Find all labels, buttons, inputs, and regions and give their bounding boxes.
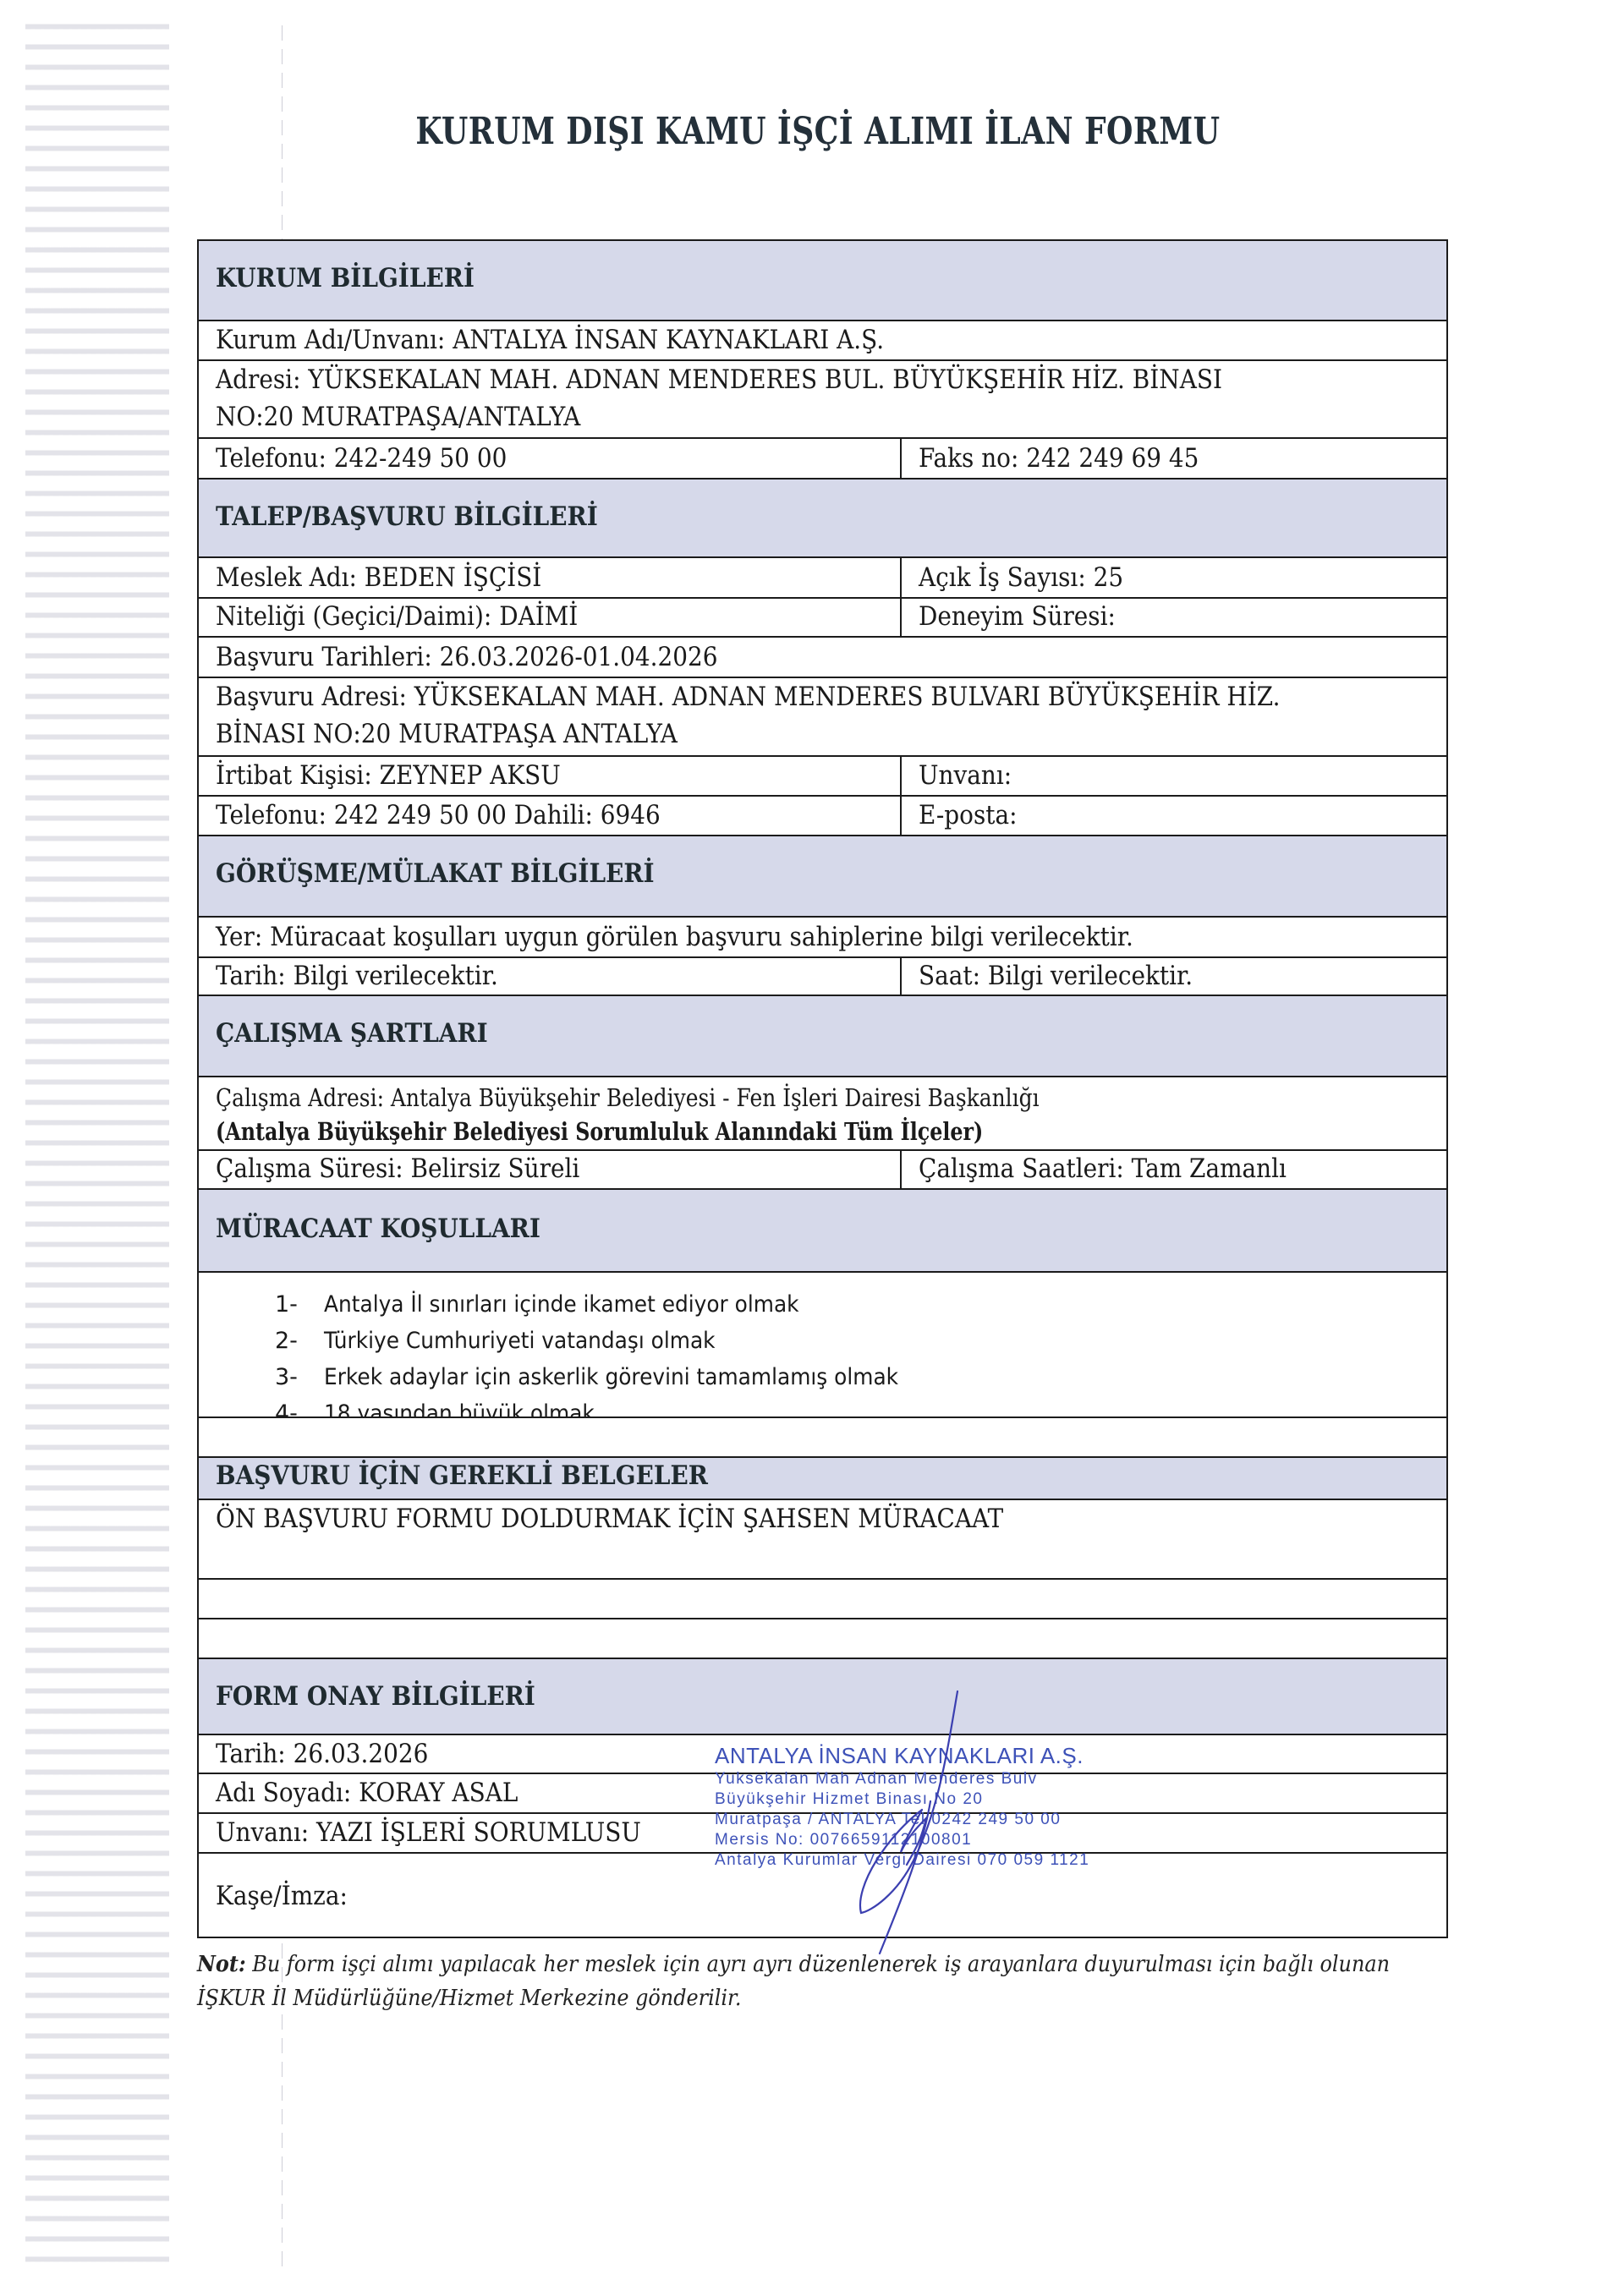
section-header-kurum: KURUM BİLGİLERİ (197, 239, 1448, 320)
requirements-list: 1-Antalya İl sınırları içinde ikamet edi… (275, 1286, 948, 1432)
section-title: FORM ONAY BİLGİLERİ (216, 1681, 535, 1712)
section-header-talep: TALEP/BAŞVURU BİLGİLERİ (197, 478, 1448, 556)
irtibat-telefon-field: Telefonu: 242 249 50 00 Dahili: 6946 (216, 797, 661, 834)
section-header-muracaat: MÜRACAAT KOŞULLARI (197, 1188, 1448, 1271)
list-item: 3-Erkek adaylar için askerlik görevini t… (275, 1359, 948, 1395)
row-calisma-adresi: Çalışma Adresi: Antalya Büyükşehir Beled… (197, 1076, 1448, 1149)
section-header-calisma: ÇALIŞMA ŞARTLARI (197, 995, 1448, 1076)
list-item: 2-Türkiye Cumhuriyeti vatandaşı olmak (275, 1323, 948, 1359)
row-irtibat-iletisim: Telefonu: 242 249 50 00 Dahili: 6946 E-p… (197, 795, 1448, 835)
row-belgeler-3 (197, 1618, 1448, 1658)
section-title: BAŞVURU İÇİN GEREKLİ BELGELER (216, 1460, 708, 1491)
kurum-faks-field: Faks no: 242 249 69 45 (919, 439, 1199, 478)
kase-imza-field: Kaşe/İmza: (216, 1854, 348, 1938)
irtibat-kisisi-field: İrtibat Kişisi: ZEYNEP AKSU (216, 757, 561, 794)
section-title: ÇALIŞMA ŞARTLARI (216, 1018, 488, 1049)
row-irtibat: İrtibat Kişisi: ZEYNEP AKSU Unvanı: (197, 755, 1448, 795)
note-text: Bu form işçi alımı yapılacak her meslek … (197, 1952, 1390, 2011)
row-meslek: Meslek Adı: BEDEN İŞÇİSİ Açık İş Sayısı:… (197, 556, 1448, 597)
irtibat-unvani-field: Unvanı: (919, 757, 1012, 794)
kurum-telefon-field: Telefonu: 242-249 50 00 (216, 439, 507, 478)
onay-unvani-field: Unvanı: YAZI İŞLERİ SORUMLUSU (216, 1814, 641, 1851)
meslek-adi-field: Meslek Adı: BEDEN İŞÇİSİ (216, 558, 541, 597)
row-nitelik: Niteliği (Geçici/Daimi): DAİMİ Deneyim S… (197, 597, 1448, 636)
calisma-adresi-line1: Çalışma Adresi: Antalya Büyükşehir Beled… (216, 1081, 1040, 1115)
basvuru-adresi-line2: BİNASI NO:20 MURATPAŞA ANTALYA (216, 715, 678, 753)
note-label: Not: (197, 1952, 246, 1977)
row-muracaat-list: 1-Antalya İl sınırları içinde ikamet edi… (197, 1271, 1448, 1417)
kurum-adres-line2: NO:20 MURATPAŞA/ANTALYA (216, 398, 580, 436)
row-kurum-iletisim: Telefonu: 242-249 50 00 Faks no: 242 249… (197, 437, 1448, 478)
row-belgeler-2 (197, 1578, 1448, 1618)
row-basvuru-tarihleri: Başvuru Tarihleri: 26.03.2026-01.04.2026 (197, 636, 1448, 677)
kurum-adi-field: Kurum Adı/Unvanı: ANTALYA İNSAN KAYNAKLA… (216, 321, 884, 359)
section-title: GÖRÜŞME/MÜLAKAT BİLGİLERİ (216, 858, 655, 889)
section-header-belgeler: BAŞVURU İÇİN GEREKLİ BELGELER (197, 1456, 1448, 1499)
row-basvuru-adresi: Başvuru Adresi: YÜKSEKALAN MAH. ADNAN ME… (197, 677, 1448, 755)
gorusme-yer-field: Yer: Müracaat koşulları uygun görülen ba… (216, 918, 1133, 956)
section-header-gorusme: GÖRÜŞME/MÜLAKAT BİLGİLERİ (197, 835, 1448, 916)
kurum-adres-line1: Adresi: YÜKSEKALAN MAH. ADNAN MENDERES B… (216, 361, 1222, 398)
section-title: KURUM BİLGİLERİ (216, 263, 475, 293)
onay-adi-soyadi-field: Adı Soyadı: KORAY ASAL (216, 1774, 518, 1811)
niteligi-field: Niteliği (Geçici/Daimi): DAİMİ (216, 599, 578, 634)
gorusme-saat-field: Saat: Bilgi verilecektir. (919, 958, 1193, 994)
document-title: KURUM DIŞI KAMU İŞÇİ ALIMI İLAN FORMU (152, 110, 1484, 153)
calisma-suresi-field: Çalışma Süresi: Belirsiz Süreli (216, 1151, 579, 1186)
row-muracaat-empty (197, 1417, 1448, 1456)
signature-icon (812, 1683, 981, 1962)
onay-tarih-field: Tarih: 26.03.2026 (216, 1735, 428, 1773)
row-gorusme-zaman: Tarih: Bilgi verilecektir. Saat: Bilgi v… (197, 956, 1448, 995)
calisma-saatleri-field: Çalışma Saatleri: Tam Zamanlı (919, 1151, 1287, 1186)
scan-artifact-strip (25, 17, 169, 2266)
basvuru-adresi-line1: Başvuru Adresi: YÜKSEKALAN MAH. ADNAN ME… (216, 678, 1281, 715)
row-kurum-adres: Adresi: YÜKSEKALAN MAH. ADNAN MENDERES B… (197, 359, 1448, 437)
belgeler-line1: ÖN BAŞVURU FORMU DOLDURMAK İÇİN ŞAHSEN M… (216, 1500, 1003, 1537)
row-calisma-sure: Çalışma Süresi: Belirsiz Süreli Çalışma … (197, 1149, 1448, 1188)
acik-is-sayisi-field: Açık İş Sayısı: 25 (919, 558, 1123, 597)
row-kurum-adi: Kurum Adı/Unvanı: ANTALYA İNSAN KAYNAKLA… (197, 320, 1448, 359)
row-belgeler-1: ÖN BAŞVURU FORMU DOLDURMAK İÇİN ŞAHSEN M… (197, 1499, 1448, 1578)
gorusme-tarih-field: Tarih: Bilgi verilecektir. (216, 958, 498, 994)
basvuru-tarihleri-field: Başvuru Tarihleri: 26.03.2026-01.04.2026 (216, 638, 718, 677)
form-note: Not: Bu form işçi alımı yapılacak her me… (197, 1948, 1457, 2015)
irtibat-eposta-field: E-posta: (919, 797, 1018, 834)
section-title: MÜRACAAT KOŞULLARI (216, 1214, 540, 1244)
section-title: TALEP/BAŞVURU BİLGİLERİ (216, 501, 598, 532)
row-gorusme-yer: Yer: Müracaat koşulları uygun görülen ba… (197, 916, 1448, 956)
calisma-adresi-line2: (Antalya Büyükşehir Belediyesi Sorumlulu… (216, 1115, 983, 1148)
deneyim-suresi-field: Deneyim Süresi: (919, 599, 1116, 634)
list-item: 1-Antalya İl sınırları içinde ikamet edi… (275, 1286, 948, 1323)
